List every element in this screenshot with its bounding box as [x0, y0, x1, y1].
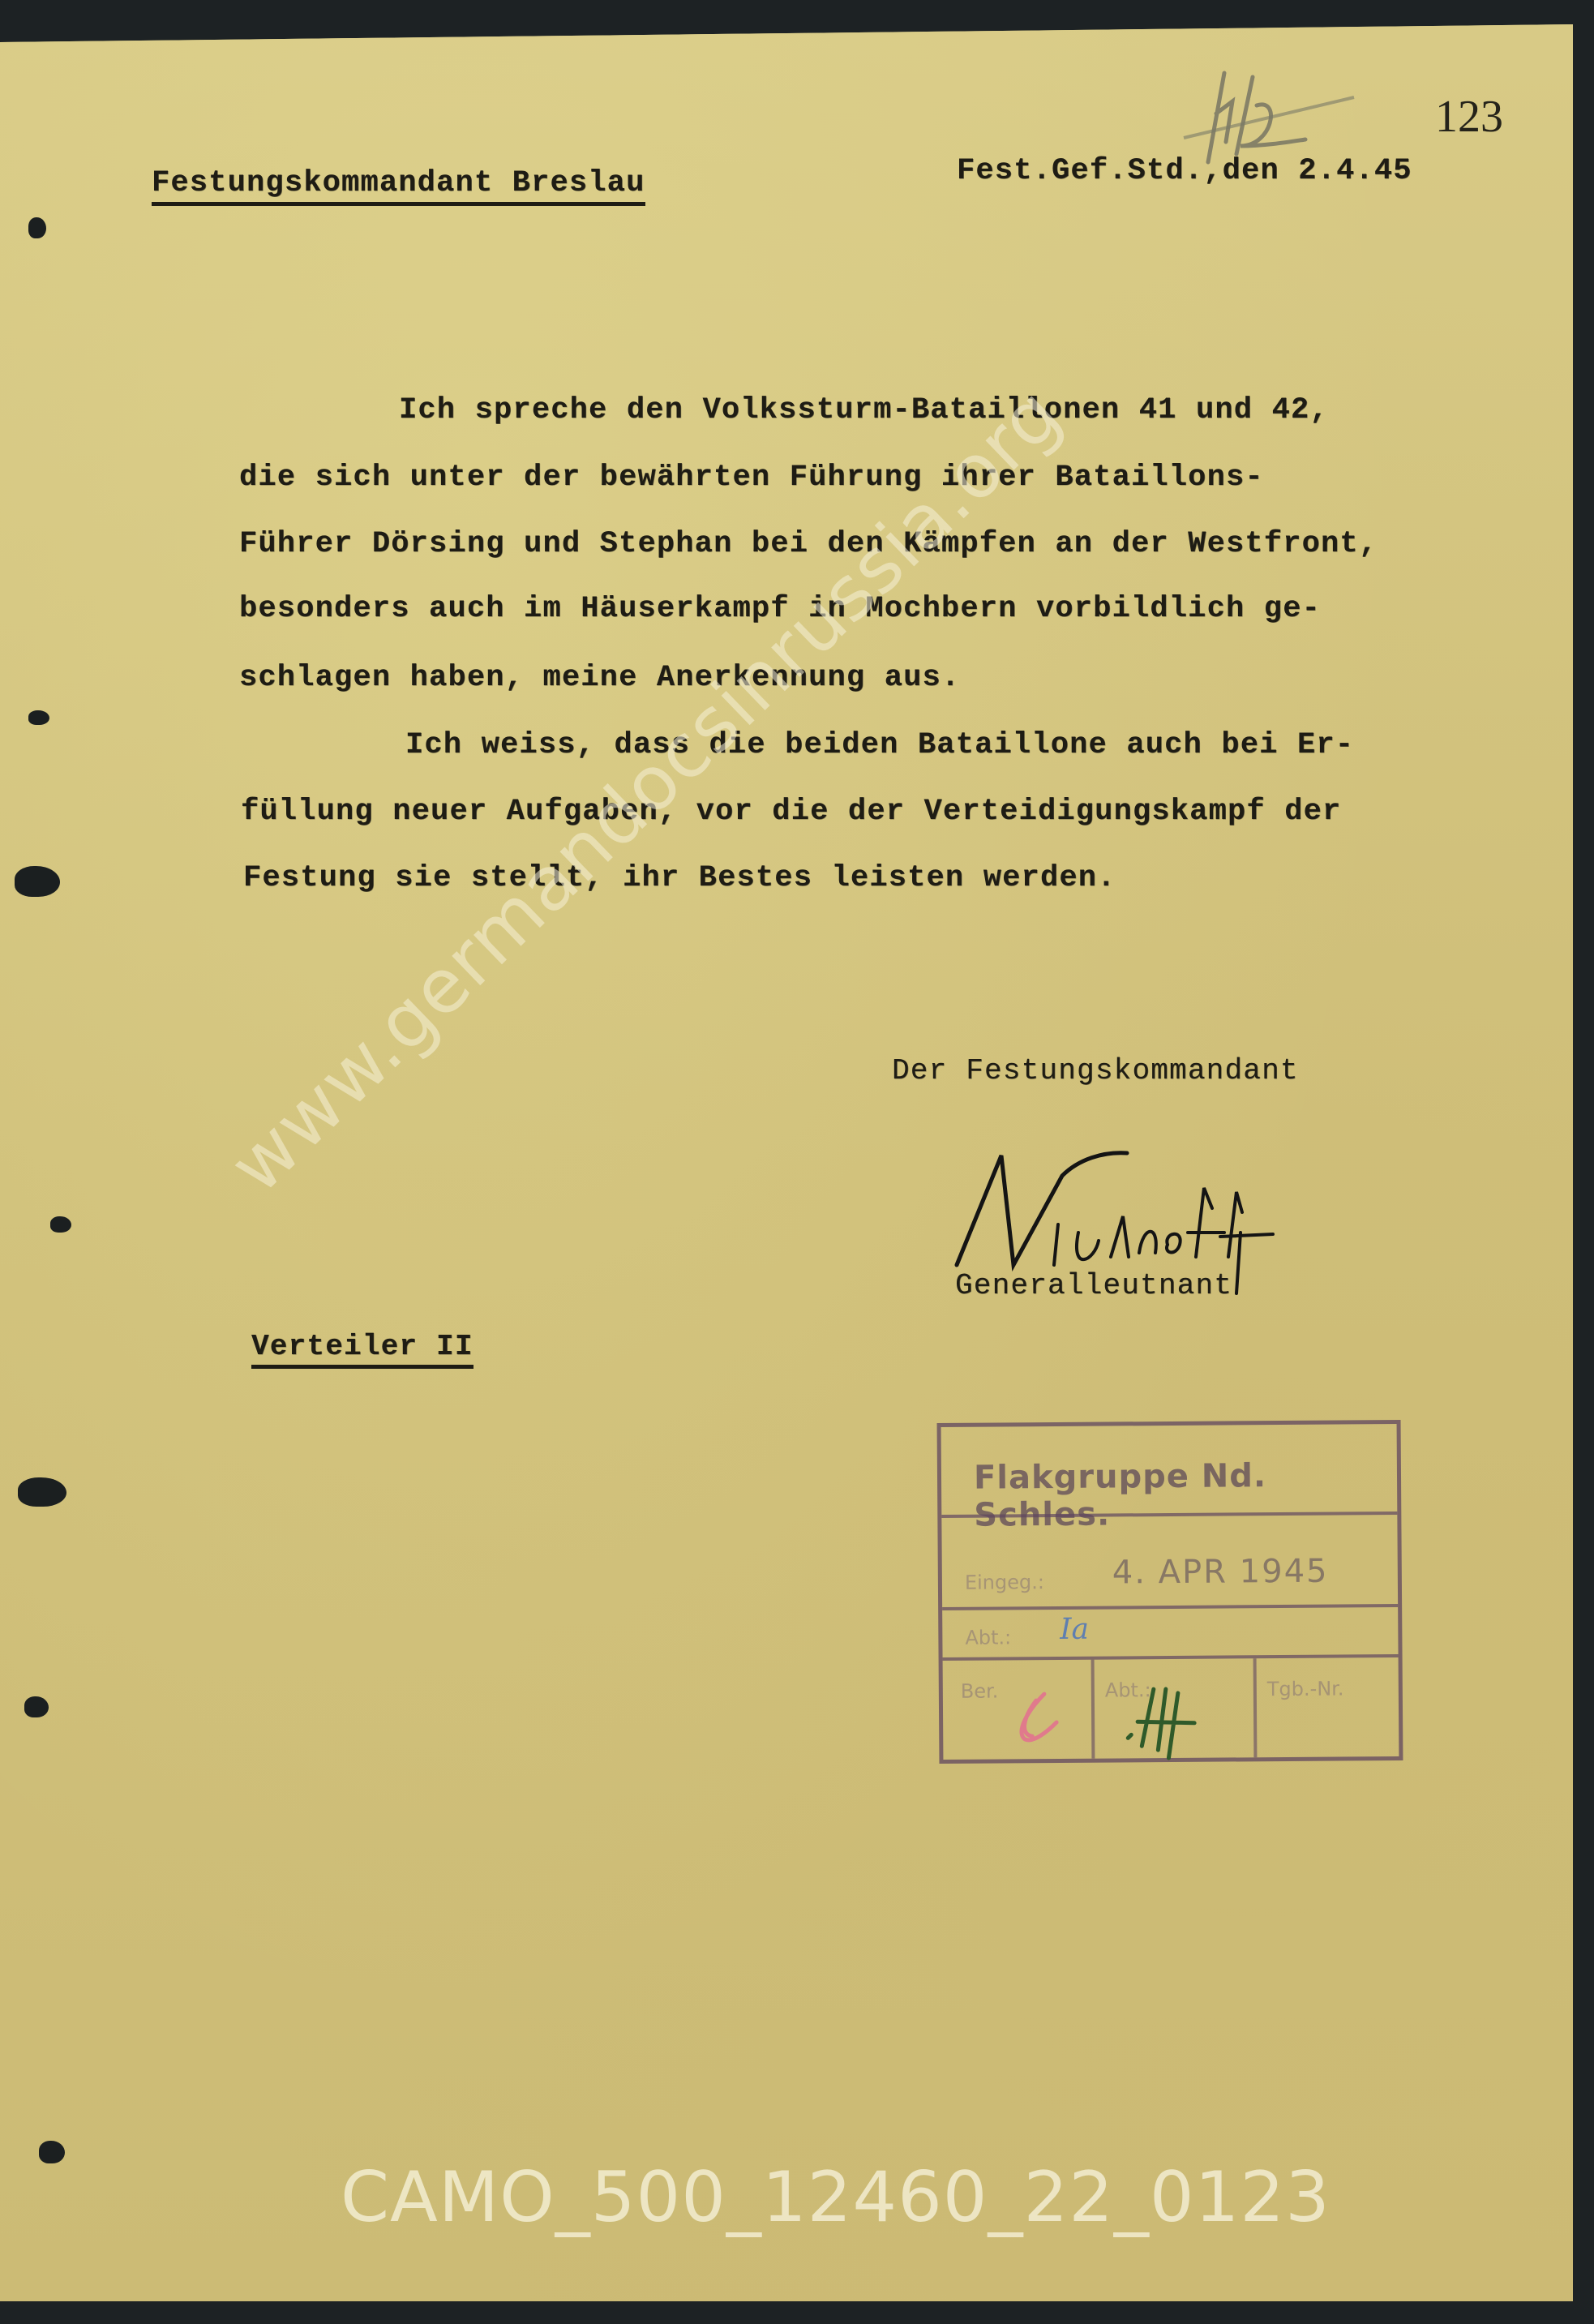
stamp-divider: [943, 1654, 1399, 1661]
stamp-department-label: Abt.:: [965, 1626, 1011, 1649]
stamp-col3-label: Tgb.-Nr.: [1267, 1678, 1344, 1701]
body-line: Ich weiss, dass die beiden Bataillone au…: [405, 728, 1354, 762]
stamp-column-divider: [1253, 1658, 1258, 1757]
punch-hole: [39, 2141, 65, 2163]
distribution-label: Verteiler II: [251, 1330, 473, 1369]
green-ink-initial: [1121, 1681, 1211, 1763]
rank: Generalleutnant: [955, 1269, 1232, 1302]
punch-hole: [24, 1696, 49, 1717]
stamp-received-date: 4. APR 1945: [1112, 1553, 1329, 1592]
punch-hole: [18, 1477, 66, 1507]
place-date: Fest.Gef.Std.,den 2.4.45: [957, 154, 1412, 188]
punch-hole: [28, 217, 46, 238]
body-line: die sich unter der bewährten Führung ihr…: [239, 461, 1264, 495]
punch-hole: [15, 866, 60, 897]
body-line: füllung neuer Aufgaben, vor die der Vert…: [241, 795, 1341, 829]
stamp-received-label: Eingeg.:: [965, 1571, 1044, 1594]
punch-hole: [50, 1216, 71, 1233]
stamp-divider: [942, 1604, 1398, 1610]
body-line: Ich spreche den Volkssturm-Bataillonen 4…: [399, 393, 1329, 427]
stamp-column-divider: [1091, 1660, 1095, 1759]
body-line: Festung sie stellt, ihr Bestes leisten w…: [243, 861, 1116, 895]
receipt-stamp: Flakgruppe Nd. Schles. Eingeg.: 4. APR 1…: [937, 1420, 1403, 1764]
stamp-col1-label: Ber.: [961, 1679, 999, 1702]
body-line: Führer Dörsing und Stephan bei den Kämpf…: [239, 527, 1378, 561]
stamp-department-value: Ia: [1060, 1613, 1089, 1646]
sender-heading: Festungskommandant Breslau: [152, 166, 645, 206]
page-number: 123: [1435, 91, 1503, 143]
punch-hole: [28, 710, 49, 725]
body-line: schlagen haben, meine Anerkennung aus.: [239, 661, 960, 695]
red-pencil-initial: [1000, 1686, 1082, 1752]
archive-id: CAMO_500_12460_22_0123: [341, 2157, 1330, 2238]
closing-title: Der Festungskommandant: [892, 1054, 1299, 1087]
stamp-unit: Flakgruppe Nd. Schles.: [974, 1456, 1398, 1534]
